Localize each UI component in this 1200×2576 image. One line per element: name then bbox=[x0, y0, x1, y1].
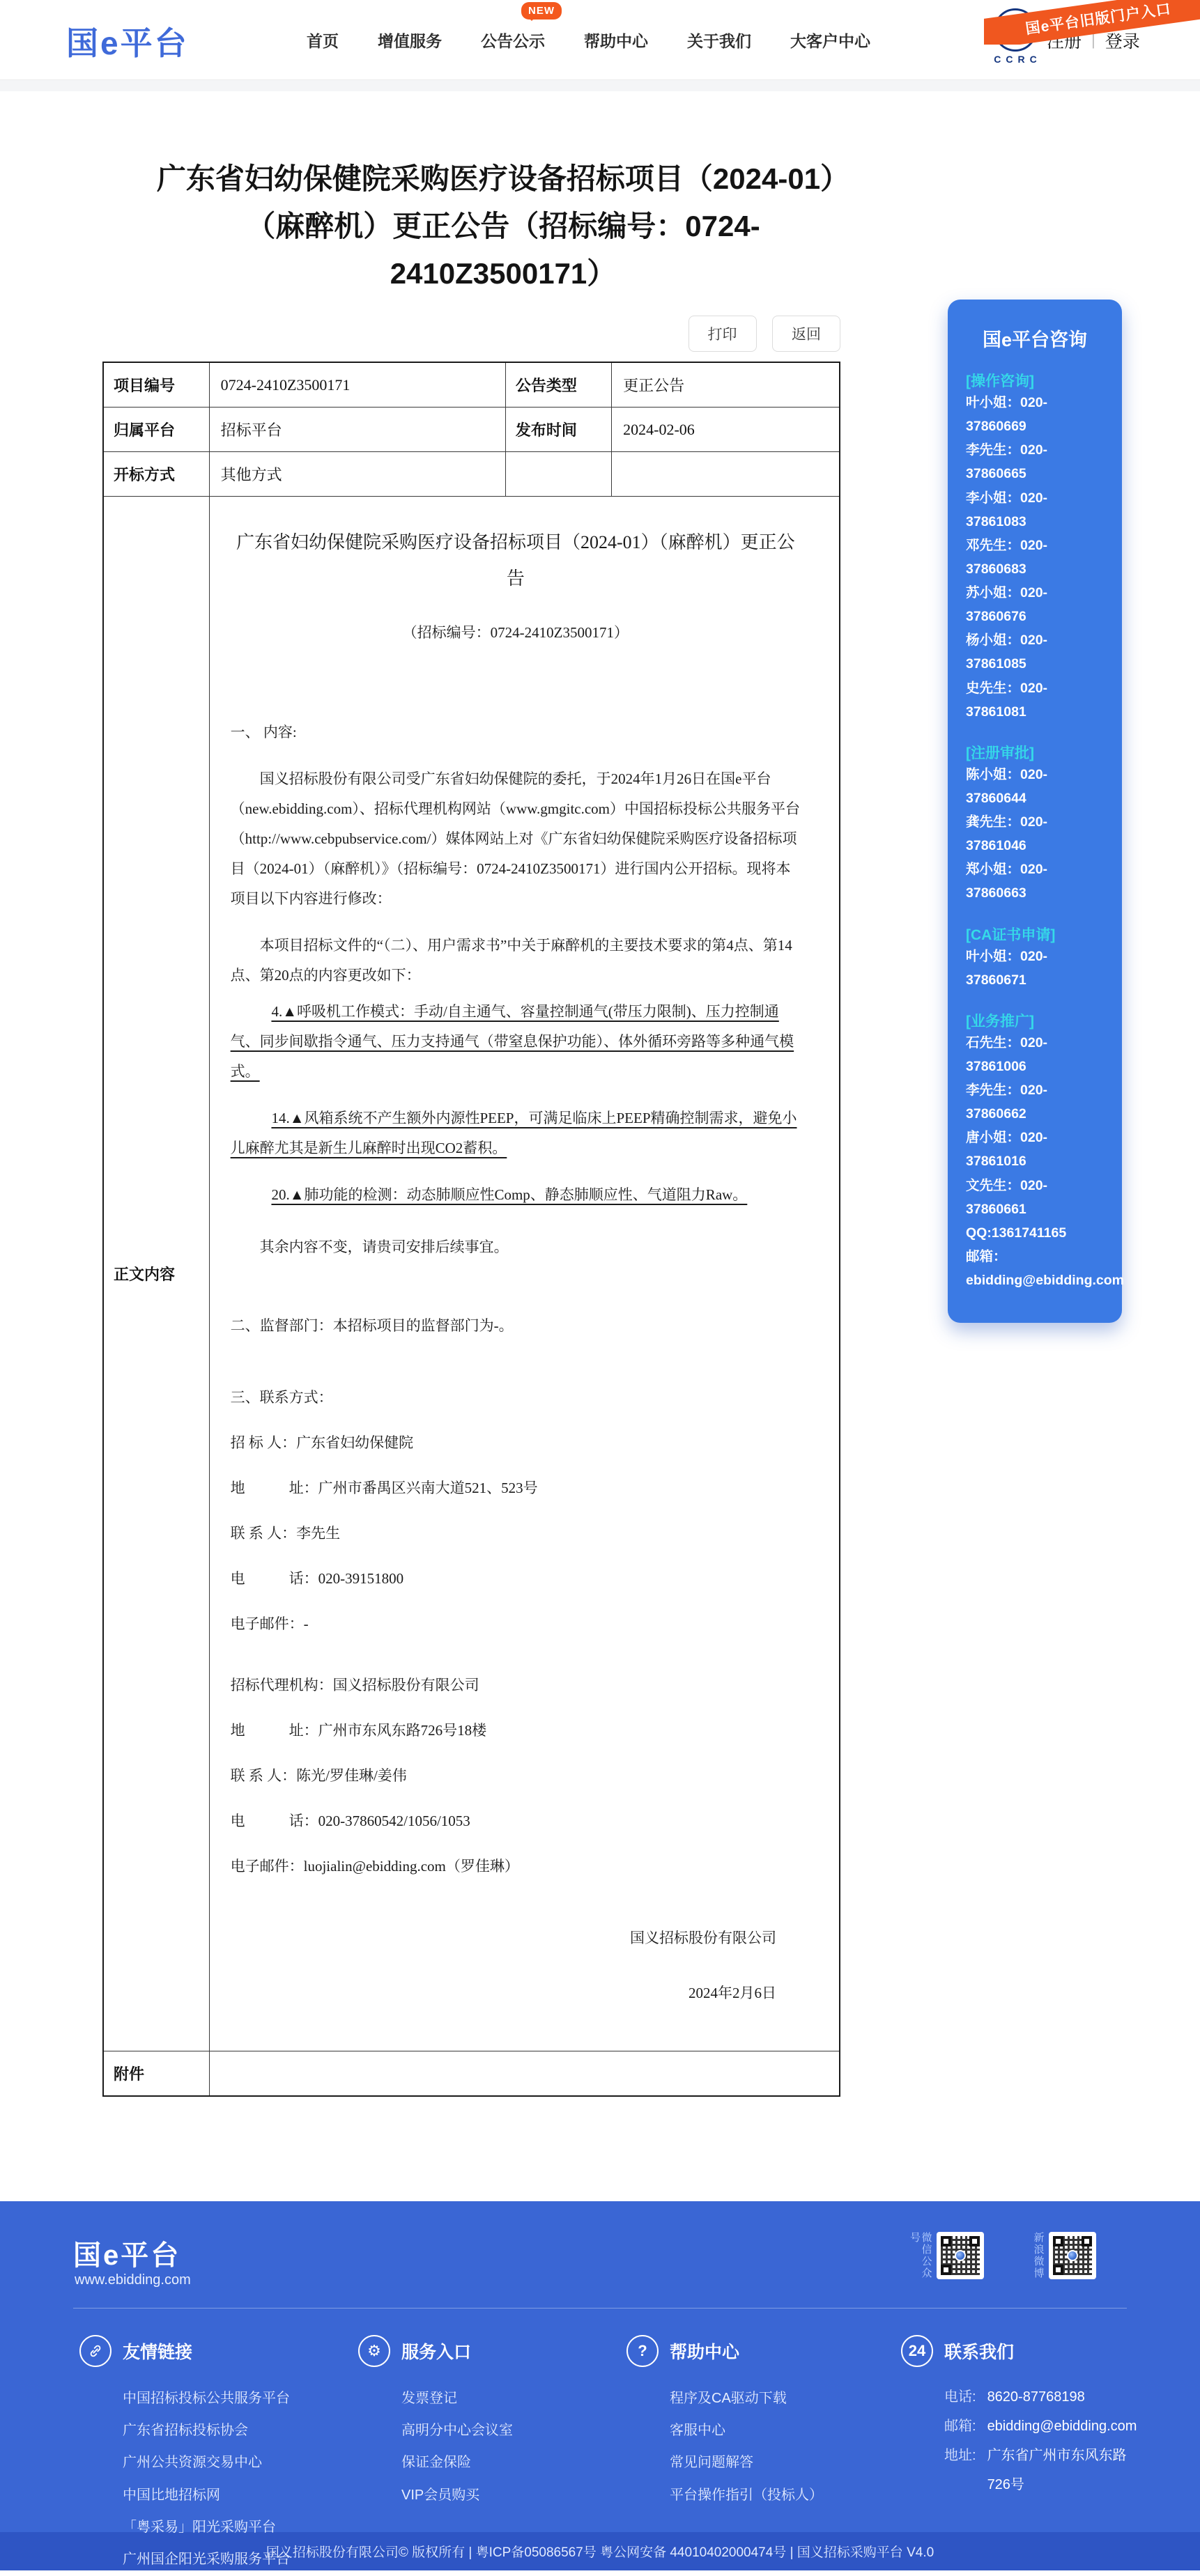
action-button-row: 打印 返回 bbox=[102, 316, 840, 352]
qr-code-area: 微信公众号 新浪微博 bbox=[909, 2232, 1131, 2279]
footer-link[interactable]: 中国比地招标网 bbox=[123, 2479, 358, 2511]
content-label: 正文内容 bbox=[103, 497, 209, 2051]
nav-key-accounts[interactable]: 大客户中心 bbox=[790, 29, 870, 52]
page-title: 广东省妇幼保健院采购医疗设备招标项目（2024-01）（麻醉机）更正公告（招标编… bbox=[144, 155, 862, 297]
bid-opening-method-value: 其他方式 bbox=[209, 452, 505, 497]
qr-eye bbox=[1053, 2236, 1063, 2247]
sidebar-group-ca-cert: [CA证书申请] bbox=[966, 924, 1104, 945]
publish-time-value: 2024-02-06 bbox=[612, 408, 840, 452]
contact-line: 唐小姐：020-37861016 bbox=[966, 1126, 1104, 1173]
footer-link[interactable]: 保证金保险 bbox=[401, 2446, 626, 2478]
doc-section1-heading: 一、 内容: bbox=[231, 717, 801, 747]
table-row: 项目编号 0724-2410Z3500171 公告类型 更正公告 bbox=[103, 362, 840, 408]
notice-type-value: 更正公告 bbox=[612, 362, 840, 408]
weibo-qr-unit: 新浪微博 bbox=[1032, 2232, 1130, 2279]
doc-paragraph: 本项目招标文件的“（二）、用户需求书”中关于麻醉机的主要技术要求的第4点、第14… bbox=[231, 931, 801, 991]
table-row: 开标方式 其他方式 bbox=[103, 452, 840, 497]
top-header: 国e平台 首页 增值服务 公告公示 NEW 帮助中心 关于我们 大客户中心 EB… bbox=[0, 0, 1200, 80]
question-icon: ? bbox=[626, 2335, 659, 2367]
footer-link[interactable]: 中国招标投标公共服务平台 bbox=[123, 2382, 358, 2414]
footer-contact-email: 邮箱: ebidding@ebidding.com bbox=[944, 2412, 1131, 2441]
phone-24h-icon: 24 bbox=[901, 2335, 933, 2367]
notice-type-label: 公告类型 bbox=[505, 362, 611, 408]
consult-sidebar: 国e平台咨询 [操作咨询] 叶小姐：020-37860669 李先生：020-3… bbox=[948, 300, 1122, 1323]
nav-value-added-services[interactable]: 增值服务 bbox=[378, 29, 442, 52]
empty-value-cell bbox=[612, 452, 840, 497]
contact-line: 苏小姐：020-37860676 bbox=[966, 581, 1104, 628]
weibo-qr-label: 新浪微博 bbox=[1032, 2232, 1044, 2279]
footer-contact-list: 电话: 8620-87768198 邮箱: ebidding@ebidding.… bbox=[901, 2382, 1131, 2499]
platform-value: 招标平台 bbox=[209, 408, 505, 452]
nav-announcements-label: 公告公示 bbox=[481, 32, 545, 50]
project-no-value: 0724-2410Z3500171 bbox=[209, 362, 505, 408]
contact-line: 李先生：020-37860662 bbox=[966, 1078, 1104, 1126]
footer-col-header: ? 帮助中心 bbox=[626, 2335, 901, 2367]
contact-line: 李小姐：020-37861083 bbox=[966, 486, 1104, 534]
contact-line: 郑小姐：020-37860663 bbox=[966, 858, 1104, 905]
footer-link[interactable]: 发票登记 bbox=[401, 2382, 626, 2414]
footer-col-header: 24 联系我们 bbox=[901, 2335, 1131, 2367]
footer-link-list: 发票登记 高明分中心会议室 保证金保险 VIP会员购买 bbox=[358, 2382, 626, 2512]
signature-company: 国义招标股份有限公司 bbox=[231, 1923, 801, 1953]
nav-home[interactable]: 首页 bbox=[307, 29, 339, 52]
print-button[interactable]: 打印 bbox=[689, 316, 757, 352]
footer-divider bbox=[73, 2308, 1127, 2309]
footer-col-header: ⚙ 服务入口 bbox=[358, 2335, 626, 2367]
contact-line: 龚先生：020-37861046 bbox=[966, 810, 1104, 858]
link-icon bbox=[79, 2335, 111, 2367]
qr-eye bbox=[941, 2265, 951, 2275]
qr-center-logo bbox=[1067, 2250, 1078, 2261]
attachment-empty-cell bbox=[209, 2051, 840, 2096]
wechat-qr-label: 微信公众号 bbox=[909, 2232, 932, 2279]
notice-info-table: 项目编号 0724-2410Z3500171 公告类型 更正公告 归属平台 招标… bbox=[102, 362, 840, 2096]
header-divider-strip bbox=[0, 80, 1200, 91]
notice-body-cell: 广东省妇幼保健院采购医疗设备招标项目（2024-01）（麻醉机）更正公告 （招标… bbox=[209, 497, 840, 2051]
contact-line: 叶小姐：020-37860671 bbox=[966, 945, 1104, 992]
contact-line: 邓先生：020-37860683 bbox=[966, 534, 1104, 581]
contact-line: 叶小姐：020-37860669 bbox=[966, 391, 1104, 438]
doc-bid-number: （招标编号：0724-2410Z3500171） bbox=[231, 618, 801, 648]
contact-line: 李先生：020-37860665 bbox=[966, 438, 1104, 486]
attachment-label: 附件 bbox=[103, 2051, 209, 2096]
footer-link[interactable]: 客服中心 bbox=[670, 2414, 901, 2446]
contact-line: 石先生：020-37861006 bbox=[966, 1031, 1104, 1078]
contact-value: 广东省广州市东风东路726号 bbox=[987, 2441, 1131, 2499]
footer-link[interactable]: 「粤采易」阳光采购平台 bbox=[123, 2511, 358, 2543]
footer-col-friend-links: 友情链接 中国招标投标公共服务平台 广东省招标投标协会 广州公共资源交易中心 中… bbox=[79, 2335, 358, 2576]
agency-email: 电子邮件：luojialin@ebidding.com（罗佳琳） bbox=[231, 1852, 801, 1881]
contact-line: 文先生：020-37860661 bbox=[966, 1174, 1104, 1221]
ccrc-seal-letters: CCRC bbox=[986, 54, 1045, 65]
footer-link[interactable]: VIP会员购买 bbox=[401, 2479, 626, 2511]
sidebar-group-business: [业务推广] bbox=[966, 1010, 1104, 1031]
agency-name: 招标代理机构：国义招标股份有限公司 bbox=[231, 1670, 801, 1700]
sidebar-group-operation: [操作咨询] bbox=[966, 370, 1104, 391]
tenderer-contact-person: 联 系 人：李先生 bbox=[231, 1519, 801, 1549]
footer-link[interactable]: 广东省招标投标协会 bbox=[123, 2414, 358, 2446]
footer-link-list: 程序及CA驱动下载 客服中心 常见问题解答 平台操作指引（投标人） bbox=[626, 2382, 901, 2512]
contact-label: 地址: bbox=[944, 2441, 976, 2499]
footer-col-help-center: ? 帮助中心 程序及CA驱动下载 客服中心 常见问题解答 平台操作指引（投标人） bbox=[626, 2335, 901, 2576]
contact-line: 史先生：020-37861081 bbox=[966, 676, 1104, 724]
tenderer-name: 招 标 人：广东省妇幼保健院 bbox=[231, 1428, 801, 1458]
qr-center-logo bbox=[955, 2250, 966, 2261]
footer-logo: 国e平台 bbox=[73, 2233, 180, 2273]
footer-link[interactable]: 程序及CA驱动下载 bbox=[670, 2382, 901, 2414]
footer-link[interactable]: 广州国企阳光采购服务平台 bbox=[123, 2543, 358, 2575]
publish-time-label: 发布时间 bbox=[505, 408, 611, 452]
weibo-qr-code bbox=[1049, 2232, 1096, 2279]
tenderer-email: 电子邮件：- bbox=[231, 1609, 801, 1639]
nav-help-center[interactable]: 帮助中心 bbox=[584, 29, 648, 52]
doc-section3-heading: 三、联系方式： bbox=[231, 1383, 801, 1413]
doc-paragraph: 其余内容不变，请贵司安排后续事宜。 bbox=[231, 1232, 801, 1262]
doc-paragraph: 国义招标股份有限公司受广东省妇幼保健院的委托，于2024年1月26日在国e平台（… bbox=[231, 764, 801, 914]
platform-label: 归属平台 bbox=[103, 408, 209, 452]
wechat-qr-code bbox=[937, 2232, 984, 2279]
notice-document: 广东省妇幼保健院采购医疗设备招标项目（2024-01）（麻醉机）更正公告 （招标… bbox=[231, 525, 801, 2008]
bid-opening-method-label: 开标方式 bbox=[103, 452, 209, 497]
new-badge: NEW bbox=[521, 2, 562, 20]
site-logo[interactable]: 国e平台 bbox=[66, 18, 189, 64]
qr-eye bbox=[1082, 2236, 1092, 2247]
footer-link[interactable]: 广州公共资源交易中心 bbox=[123, 2446, 358, 2478]
footer-col-contact-us: 24 联系我们 电话: 8620-87768198 邮箱: ebidding@e… bbox=[901, 2335, 1131, 2576]
contact-line: 杨小姐：020-37861085 bbox=[966, 628, 1104, 676]
doc-amended-item-4: 4.▲呼吸机工作模式：手动/自主通气、容量控制通气(带压力限制)、压力控制通气、… bbox=[231, 997, 801, 1087]
contact-line: QQ:1361741165 bbox=[966, 1221, 1104, 1245]
footer-col-title: 帮助中心 bbox=[670, 2338, 739, 2364]
qr-eye bbox=[969, 2236, 980, 2247]
sidebar-title: 国e平台咨询 bbox=[966, 325, 1104, 352]
main-nav: 首页 增值服务 公告公示 NEW 帮助中心 关于我们 大客户中心 bbox=[307, 0, 870, 80]
contact-value: ebidding@ebidding.com bbox=[987, 2412, 1137, 2441]
tenderer-address: 地 址：广州市番禺区兴南大道521、523号 bbox=[231, 1473, 801, 1503]
signature-date: 2024年2月6日 bbox=[231, 1978, 801, 2008]
doc-section2: 二、监督部门：本招标项目的监督部门为-。 bbox=[231, 1311, 801, 1341]
empty-label-cell bbox=[505, 452, 611, 497]
footer-col-title: 友情链接 bbox=[123, 2338, 192, 2364]
gear-icon: ⚙ bbox=[358, 2335, 390, 2367]
tenderer-phone: 电 话：020-39151800 bbox=[231, 1564, 801, 1594]
footer-columns: 友情链接 中国招标投标公共服务平台 广东省招标投标协会 广州公共资源交易中心 中… bbox=[79, 2335, 1165, 2576]
contact-value: 8620-87768198 bbox=[987, 2382, 1085, 2412]
footer-col-service-entry: ⚙ 服务入口 发票登记 高明分中心会议室 保证金保险 VIP会员购买 bbox=[358, 2335, 626, 2576]
footer-col-title: 服务入口 bbox=[401, 2338, 471, 2364]
footer-col-header: 友情链接 bbox=[79, 2335, 358, 2367]
doc-amended-item-14: 14.▲风箱系统不产生额外内源性PEEP，可满足临床上PEEP精确控制需求，避免… bbox=[231, 1103, 801, 1163]
contact-label: 邮箱: bbox=[944, 2412, 976, 2441]
main-content: 广东省妇幼保健院采购医疗设备招标项目（2024-01）（麻醉机）更正公告（招标编… bbox=[0, 155, 1200, 2201]
footer-contact-phone: 电话: 8620-87768198 bbox=[944, 2382, 1131, 2412]
corner-ribbon-area: 国e平台旧版门户入口 bbox=[984, 0, 1200, 45]
nav-announcements[interactable]: 公告公示 NEW bbox=[481, 29, 545, 52]
footer-contact-address: 地址: 广东省广州市东风东路726号 bbox=[944, 2441, 1131, 2499]
table-row: 归属平台 招标平台 发布时间 2024-02-06 bbox=[103, 408, 840, 452]
contact-line: 陈小姐：020-37860644 bbox=[966, 763, 1104, 810]
legacy-portal-ribbon[interactable]: 国e平台旧版门户入口 bbox=[984, 0, 1200, 45]
qr-eye bbox=[941, 2236, 951, 2247]
footer-link-list: 中国招标投标公共服务平台 广东省招标投标协会 广州公共资源交易中心 中国比地招标… bbox=[79, 2382, 358, 2576]
footer-website[interactable]: www.ebidding.com bbox=[75, 2272, 191, 2288]
footer-link[interactable]: 平台操作指引（投标人） bbox=[670, 2479, 901, 2511]
contact-label: 电话: bbox=[944, 2382, 976, 2412]
doc-title: 广东省妇幼保健院采购医疗设备招标项目（2024-01）（麻醉机）更正公告 bbox=[231, 525, 801, 597]
wechat-qr-unit: 微信公众号 bbox=[909, 2232, 1019, 2279]
doc-amended-item-20: 20.▲肺功能的检测：动态肺顺应性Comp、静态肺顺应性、气道阻力Raw。 bbox=[231, 1180, 801, 1210]
back-button[interactable]: 返回 bbox=[772, 316, 840, 352]
contact-line: 邮箱：ebidding@ebidding.com bbox=[966, 1245, 1104, 1292]
agency-address: 地 址：广州市东风东路726号18楼 bbox=[231, 1716, 801, 1746]
project-no-label: 项目编号 bbox=[103, 362, 209, 408]
sidebar-group-registration: [注册审批] bbox=[966, 742, 1104, 763]
page-footer: 国e平台 www.ebidding.com 微信公众号 新浪微博 bbox=[0, 2201, 1200, 2532]
attachment-row: 附件 bbox=[103, 2051, 840, 2096]
footer-col-title: 联系我们 bbox=[944, 2338, 1014, 2364]
footer-link[interactable]: 高明分中心会议室 bbox=[401, 2414, 626, 2446]
qr-eye bbox=[1053, 2265, 1063, 2275]
content-row: 正文内容 广东省妇幼保健院采购医疗设备招标项目（2024-01）（麻醉机）更正公… bbox=[103, 497, 840, 2051]
agency-phone: 电 话：020-37860542/1056/1053 bbox=[231, 1806, 801, 1836]
agency-contact-person: 联 系 人：陈光/罗佳琳/姜伟 bbox=[231, 1761, 801, 1791]
footer-link[interactable]: 常见问题解答 bbox=[670, 2446, 901, 2478]
nav-about-us[interactable]: 关于我们 bbox=[687, 29, 751, 52]
